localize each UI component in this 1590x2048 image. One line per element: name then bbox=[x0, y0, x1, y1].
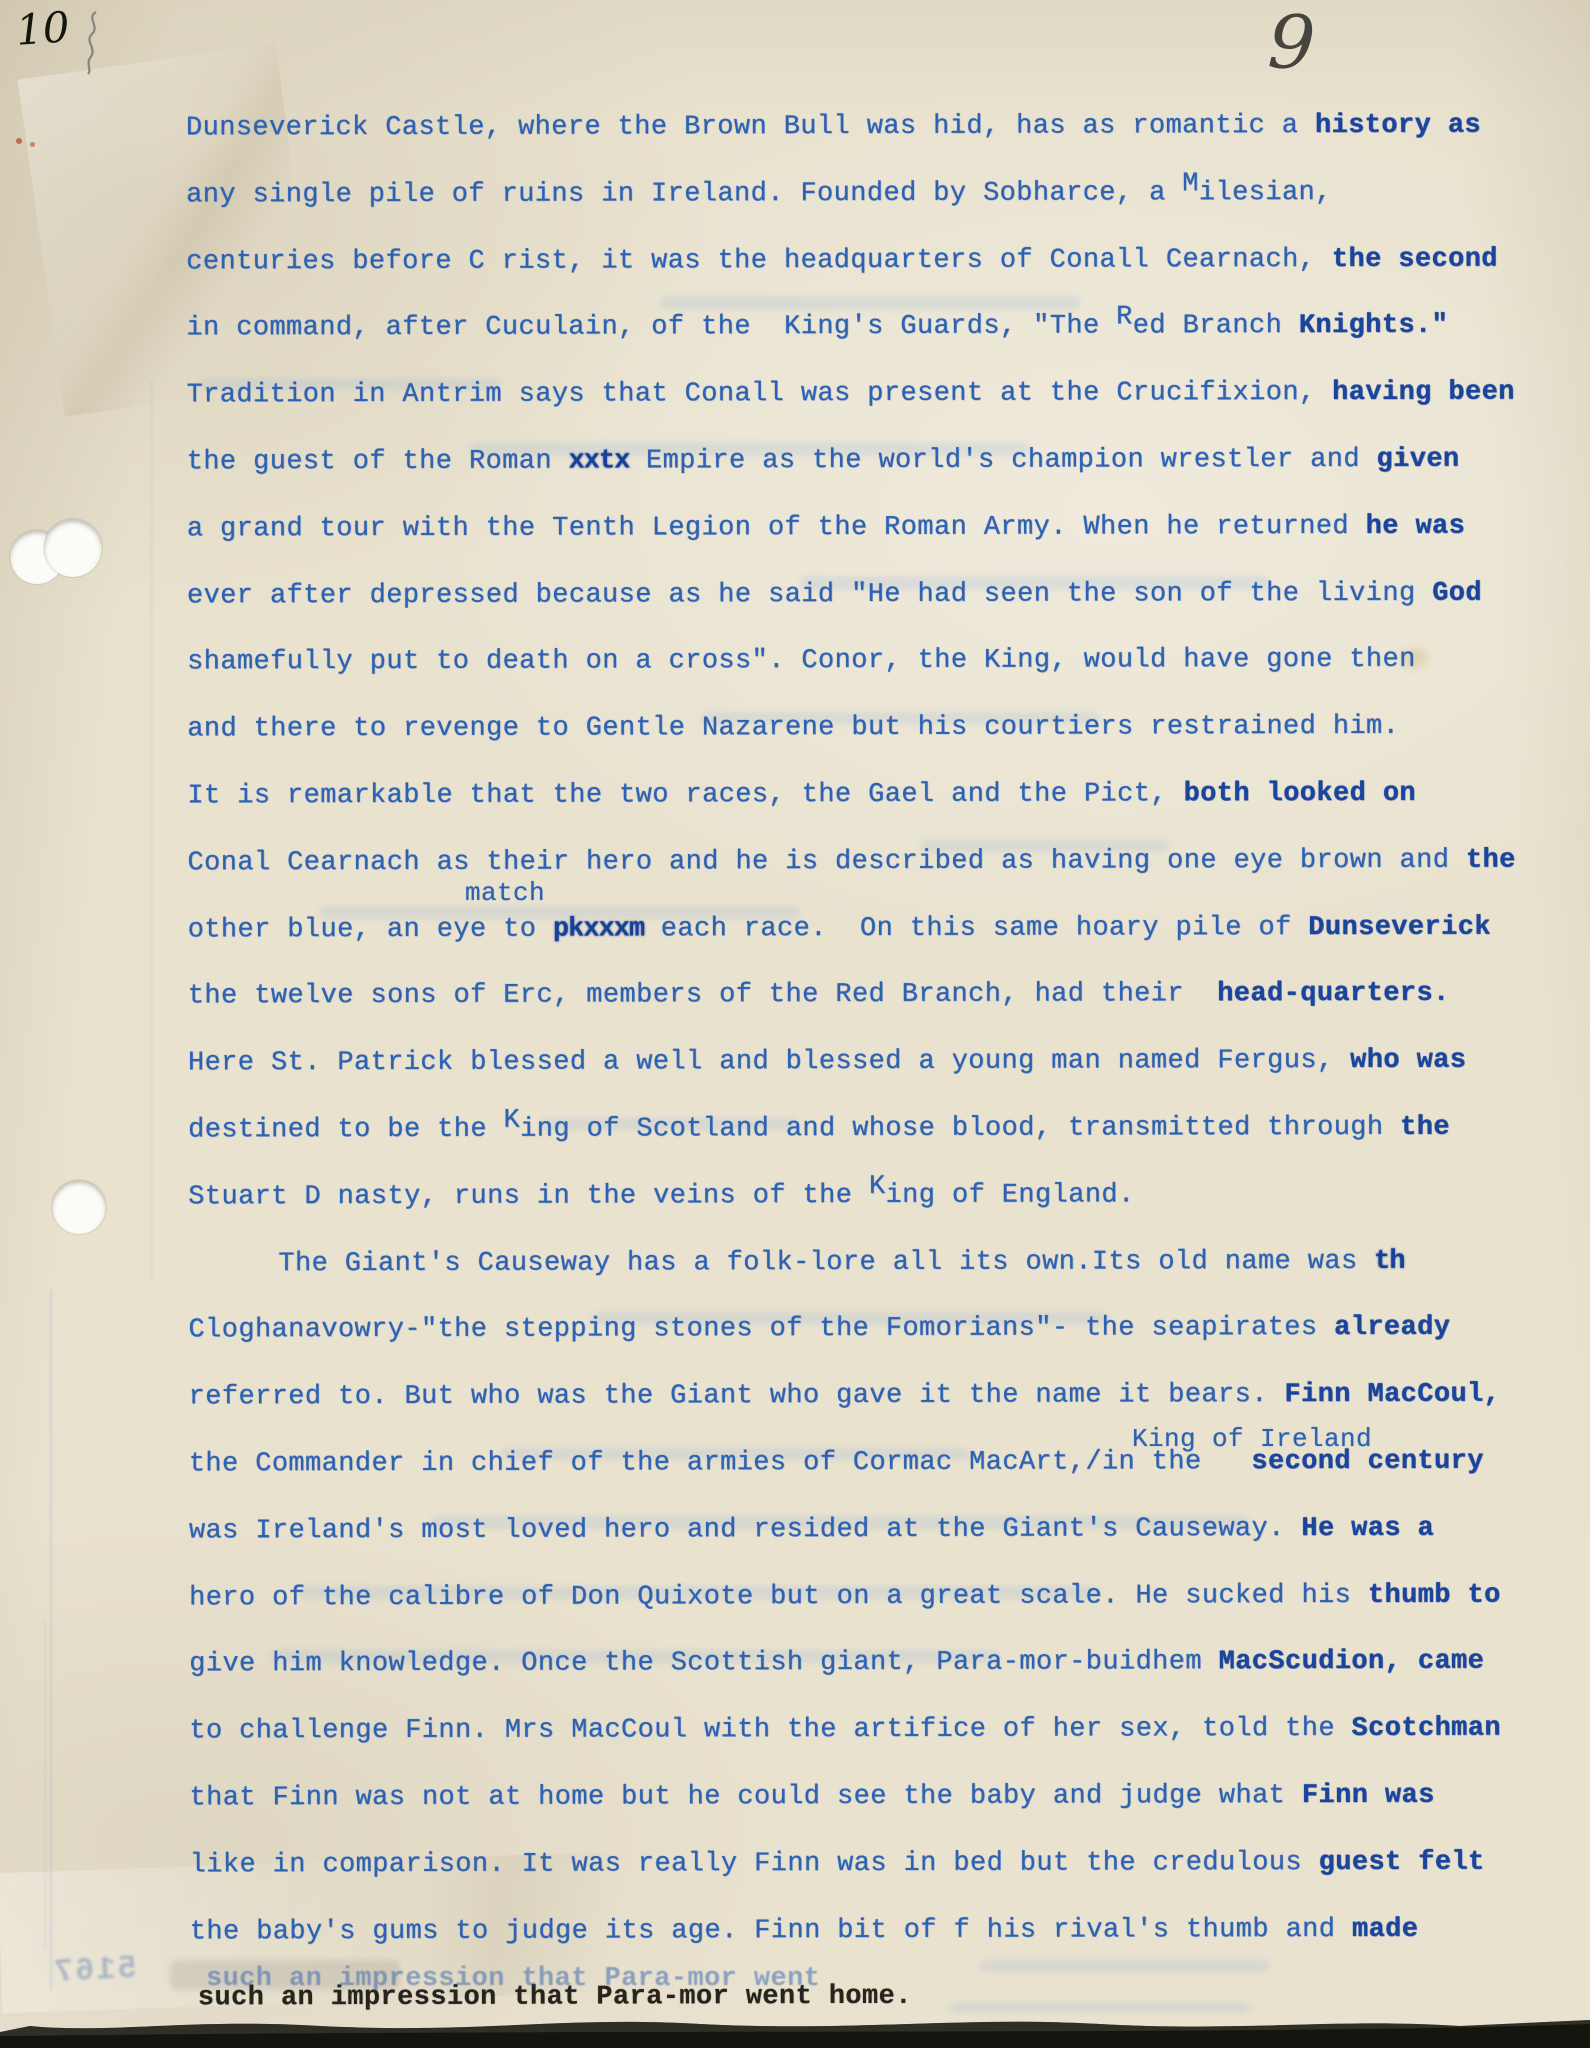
typed-line: It is remarkable that the two races, the… bbox=[187, 779, 1515, 849]
typed-segment: the bbox=[1400, 1113, 1450, 1143]
interlinear-insertion-match: match bbox=[465, 878, 545, 908]
typed-segment: given bbox=[1376, 445, 1459, 475]
typed-text-block: Dunseverick Castle, where the Brown Bull… bbox=[186, 111, 1518, 2048]
typed-line: to challenge Finn. Mrs MacCoul with the … bbox=[189, 1714, 1517, 1784]
typed-segment: was Ireland's most loved hero and reside… bbox=[189, 1514, 1301, 1546]
typed-line: the guest of the Roman xxtx Empire as th… bbox=[187, 445, 1515, 515]
typed-segment: It is remarkable that the two races, the… bbox=[187, 779, 1183, 811]
typed-segment: and there to revenge to Gentle Nazarene … bbox=[187, 712, 1399, 745]
typed-segment: both looked on bbox=[1184, 779, 1416, 809]
typed-segment: ing of Scotland and whose blood, transmi… bbox=[520, 1113, 1400, 1145]
typed-segment: R bbox=[1116, 303, 1133, 333]
typed-line: destined to be the King of Scotland and … bbox=[188, 1113, 1516, 1183]
typed-segment: already bbox=[1334, 1313, 1450, 1343]
typed-segment: Dunseverick bbox=[1308, 912, 1491, 942]
typed-line: and there to revenge to Gentle Nazarene … bbox=[187, 712, 1515, 782]
typed-segment: to challenge Finn. Mrs MacCoul with the … bbox=[189, 1714, 1351, 1746]
typed-line: in command, after Cuculain, of the King'… bbox=[186, 311, 1514, 381]
typed-line: Conal Cearnach as their hero and he is d… bbox=[188, 845, 1516, 915]
typed-line: ever after depressed because as he said … bbox=[187, 578, 1515, 648]
typed-segment: xxtx bbox=[569, 446, 630, 476]
typed-segment: referred to. But who was the Giant who g… bbox=[189, 1380, 1285, 1412]
typed-segment: Conal Cearnach as their hero and he is d… bbox=[188, 845, 1466, 878]
typed-segment: any single pile of ruins in Ireland. Fou… bbox=[186, 178, 1182, 210]
typed-line: Dunseverick Castle, where the Brown Bull… bbox=[186, 111, 1514, 181]
typed-segment: history as bbox=[1315, 111, 1481, 141]
typed-line: any single pile of ruins in Ireland. Fou… bbox=[186, 177, 1514, 247]
punch-hole bbox=[44, 519, 102, 577]
bleedthrough-line bbox=[44, 1620, 46, 1950]
typed-line: Stuart D nasty, runs in the veins of the… bbox=[188, 1179, 1516, 1249]
typed-segment: centuries before C rist, it was the head… bbox=[186, 245, 1332, 277]
ink-speck bbox=[30, 142, 35, 147]
bleedthrough-line bbox=[150, 380, 153, 1280]
typed-line: Here St. Patrick blessed a well and bles… bbox=[188, 1046, 1516, 1116]
handwritten-page-number-right: 9 bbox=[1266, 0, 1318, 87]
ink-speck bbox=[16, 138, 22, 144]
typed-segment: other blue, an eye to bbox=[188, 914, 553, 945]
bleedthrough-numerals: 5167 bbox=[51, 1950, 138, 1991]
typed-segment: in command, after Cuculain, of the King'… bbox=[186, 312, 1116, 344]
typed-line: the twelve sons of Erc, members of the R… bbox=[188, 979, 1516, 1049]
typed-segment: a grand tour with the Tenth Legion of th… bbox=[187, 512, 1366, 544]
typed-segment: the second bbox=[1332, 244, 1498, 274]
typed-segment: Cloghanavowry-"the stepping stones of th… bbox=[188, 1313, 1334, 1345]
typed-line: centuries before C rist, it was the head… bbox=[186, 244, 1514, 314]
typed-segment: he was bbox=[1366, 511, 1466, 541]
bleedthrough-line bbox=[50, 1290, 52, 1990]
manuscript-page: 5167 10 9 Dunseverick Castle, where the … bbox=[0, 0, 1590, 2048]
typed-segment: having been bbox=[1332, 378, 1515, 408]
typed-segment: thumb to bbox=[1368, 1580, 1501, 1610]
typed-segment: Tradition in Antrim says that Conall was… bbox=[187, 378, 1333, 410]
typed-segment: hero of the calibre of Don Quixote but o… bbox=[189, 1580, 1368, 1612]
typed-segment: the baby's gums to judge its age. Finn b… bbox=[190, 1914, 1352, 1946]
typed-line: Cloghanavowry-"the stepping stones of th… bbox=[188, 1313, 1516, 1383]
typed-segment: ever after depressed because as he said … bbox=[187, 578, 1432, 611]
typed-segment: Here St. Patrick blessed a well and bles… bbox=[188, 1046, 1350, 1078]
typed-segment: that Finn was not at home but he could s… bbox=[189, 1781, 1301, 1813]
typed-segment: each race. On this same hoary pile of bbox=[644, 913, 1308, 944]
typed-segment: who was bbox=[1350, 1046, 1466, 1076]
typed-segment: give him knowledge. Once the Scottish gi… bbox=[189, 1648, 1218, 1680]
typed-segment: God bbox=[1432, 578, 1482, 608]
typed-line: hero of the calibre of Don Quixote but o… bbox=[189, 1580, 1517, 1650]
typed-segment: K bbox=[869, 1172, 886, 1202]
typed-line: Tradition in Antrim says that Conall was… bbox=[187, 378, 1515, 448]
typed-segment: like in comparison. It was really Finn w… bbox=[190, 1848, 1319, 1880]
typed-line: a grand tour with the Tenth Legion of th… bbox=[187, 511, 1515, 581]
typed-segment: MacScudion, came bbox=[1219, 1647, 1485, 1678]
typed-segment: made bbox=[1352, 1914, 1418, 1944]
typed-segment: ing of England. bbox=[886, 1180, 1135, 1211]
typed-segment: The Giant's Causeway has a folk-lore all… bbox=[278, 1246, 1374, 1278]
typed-line: was Ireland's most loved hero and reside… bbox=[189, 1513, 1517, 1583]
typed-segment: Finn was bbox=[1302, 1781, 1435, 1811]
typed-segment: K bbox=[504, 1106, 521, 1136]
typed-line: the Commander in chief of the armies of … bbox=[189, 1447, 1517, 1517]
typed-segment: He was a bbox=[1301, 1514, 1434, 1544]
typed-line: The Giant's Causeway has a folk-lore all… bbox=[188, 1246, 1516, 1316]
typed-segment: pkxxxm bbox=[553, 914, 644, 944]
typed-segment: the guest of the Roman bbox=[187, 447, 569, 478]
typed-segment: head-quarters. bbox=[1217, 979, 1449, 1009]
typed-segment: M bbox=[1182, 169, 1199, 199]
typed-segment: ed Branch bbox=[1133, 311, 1299, 341]
typed-segment: Knights." bbox=[1299, 311, 1449, 341]
typed-segment: the twelve sons of Erc, members of the R… bbox=[188, 980, 1217, 1012]
typed-segment: ilesian, bbox=[1199, 178, 1332, 208]
typed-line: other blue, an eye to pkxxxm each race. … bbox=[188, 912, 1516, 982]
typed-segment: the bbox=[1466, 845, 1516, 875]
typed-line: give him knowledge. Once the Scottish gi… bbox=[189, 1647, 1517, 1717]
typed-segment: the Commander in chief of the armies of … bbox=[189, 1447, 1252, 1479]
punch-hole bbox=[52, 1180, 106, 1234]
typed-segment: shamefully put to death on a cross". Con… bbox=[187, 645, 1416, 678]
typed-line: like in comparison. It was really Finn w… bbox=[190, 1847, 1518, 1917]
typed-segment: Finn MacCoul, bbox=[1284, 1380, 1500, 1410]
typed-segment: Stuart D nasty, runs in the veins of the bbox=[188, 1181, 869, 1212]
handwritten-page-number-left: 10 bbox=[14, 2, 71, 55]
interlinear-insertion-king-of-ireland: King of Ireland bbox=[1132, 1424, 1372, 1454]
ghost-overtype-line: such an impression that Para-mor went bbox=[206, 1964, 820, 1994]
scan-edge bbox=[0, 2002, 1590, 2048]
typed-line: shamefully put to death on a cross". Con… bbox=[187, 645, 1515, 715]
typed-segment: guest felt bbox=[1319, 1847, 1485, 1877]
typed-segment: Scotchman bbox=[1352, 1714, 1502, 1744]
typed-segment: destined to be the bbox=[188, 1115, 504, 1146]
typed-segment: th bbox=[1374, 1246, 1404, 1276]
typed-segment: Dunseverick Castle, where the Brown Bull… bbox=[186, 111, 1315, 143]
typed-segment: Empire as the world's champion wrestler … bbox=[629, 445, 1376, 477]
typed-line: that Finn was not at home but he could s… bbox=[189, 1781, 1517, 1851]
pen-squiggle bbox=[78, 8, 108, 78]
